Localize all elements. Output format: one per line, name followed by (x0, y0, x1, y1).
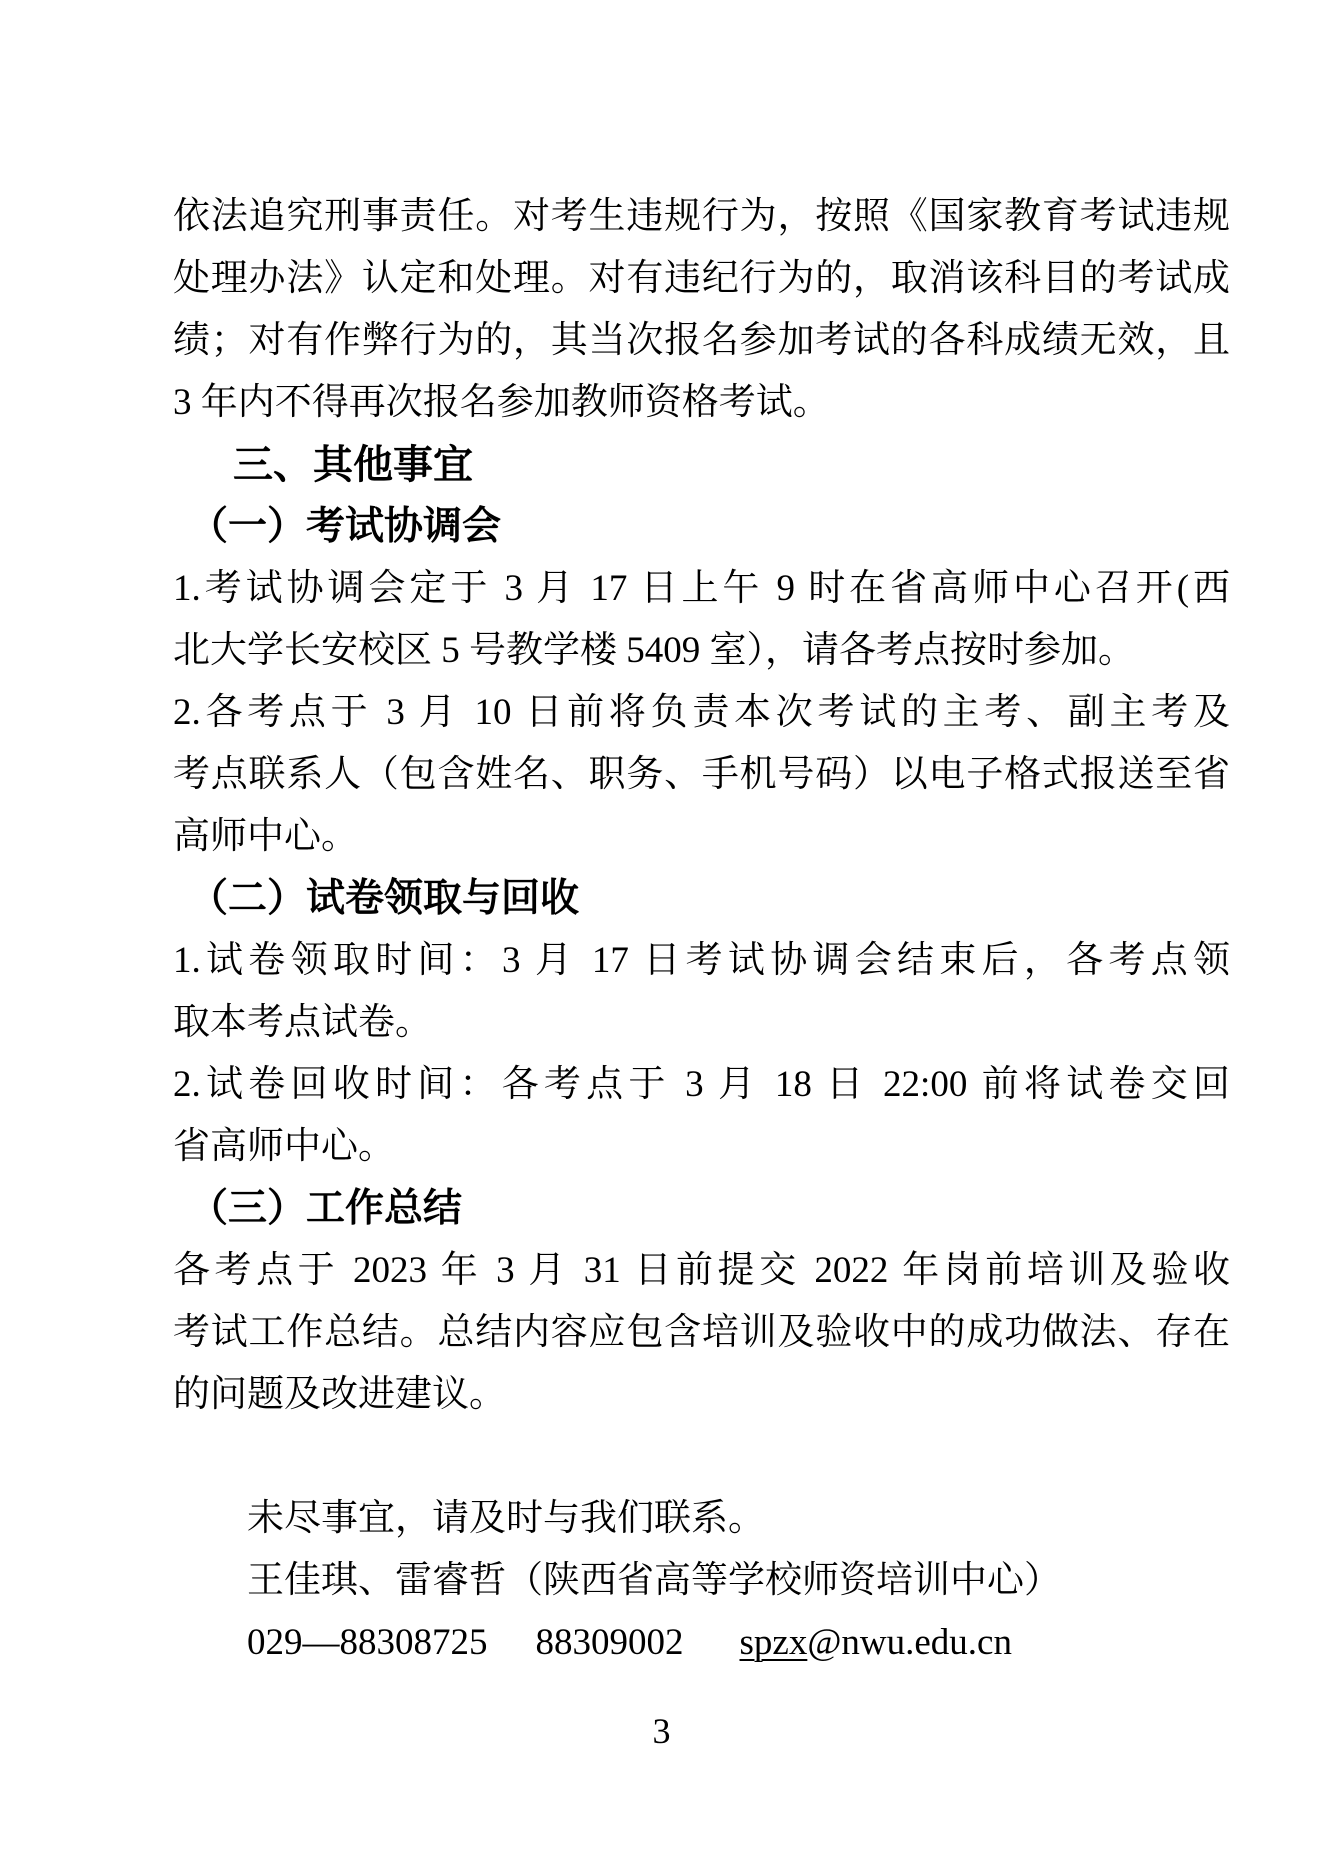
contact-names-line: 王佳琪、雷睿哲（陕西省高等学校师资培训中心） (173, 1550, 1230, 1612)
body-line: 处理办法》认定和处理。对有违纪行为的，取消该科目的考试成 (173, 248, 1230, 310)
page-number: 3 (0, 1706, 1323, 1756)
subsection-heading-work-summary: （三）工作总结 (173, 1178, 1230, 1240)
subsection-heading-paper-pickup: （二）试卷领取与回收 (173, 868, 1230, 930)
section-heading-other-matters: 三、其他事宜 (173, 434, 1230, 496)
body-line: 取本考点试卷。 (173, 992, 1230, 1054)
body-line: 高师中心。 (173, 806, 1230, 868)
blank-line (173, 1426, 1230, 1488)
body-line: 考试工作总结。总结内容应包含培训及验收中的成功做法、存在 (173, 1302, 1230, 1364)
body-line: 省高师中心。 (173, 1116, 1230, 1178)
subsection-heading-exam-coordination: （一）考试协调会 (173, 496, 1230, 558)
body-line: 的问题及改进建议。 (173, 1364, 1230, 1426)
body-line: 依法追究刑事责任。对考生违规行为，按照《国家教育考试违规 (173, 186, 1230, 248)
contact-note-line: 未尽事宜，请及时与我们联系。 (173, 1488, 1230, 1550)
body-line: 考点联系人（包含姓名、职务、手机号码）以电子格式报送至省 (173, 744, 1230, 806)
body-line: 1.试卷领取时间：3 月 17 日考试协调会结束后，各考点领 (173, 930, 1230, 992)
body-line: 1.考试协调会定于 3 月 17 日上午 9 时在省高师中心召开(西 (173, 558, 1230, 620)
body-line: 各考点于 2023 年 3 月 31 日前提交 2022 年岗前培训及验收 (173, 1240, 1230, 1302)
body-line: 绩；对有作弊行为的，其当次报名参加考试的各科成绩无效，且 (173, 310, 1230, 372)
document-body: 依法追究刑事责任。对考生违规行为，按照《国家教育考试违规 处理办法》认定和处理。… (173, 186, 1230, 1674)
contact-email: spzx@nwu.edu.cn (740, 1622, 1012, 1663)
email-domain: @nwu.edu.cn (807, 1622, 1012, 1663)
phone-number-2: 88309002 (536, 1622, 684, 1663)
body-line: 北大学长安校区 5 号教学楼 5409 室），请各考点按时参加。 (173, 620, 1230, 682)
body-line: 2.各考点于 3 月 10 日前将负责本次考试的主考、副主考及 (173, 682, 1230, 744)
phone-number-1: 029—88308725 (247, 1622, 488, 1663)
email-user: spzx (740, 1622, 808, 1663)
document-page: 依法追究刑事责任。对考生违规行为，按照《国家教育考试违规 处理办法》认定和处理。… (0, 0, 1323, 1871)
contact-phone-line: 029—8830872588309002spzx@nwu.edu.cn (173, 1612, 1230, 1674)
body-line: 3 年内不得再次报名参加教师资格考试。 (173, 372, 1230, 434)
body-line: 2.试卷回收时间：各考点于 3 月 18 日 22:00 前将试卷交回 (173, 1054, 1230, 1116)
